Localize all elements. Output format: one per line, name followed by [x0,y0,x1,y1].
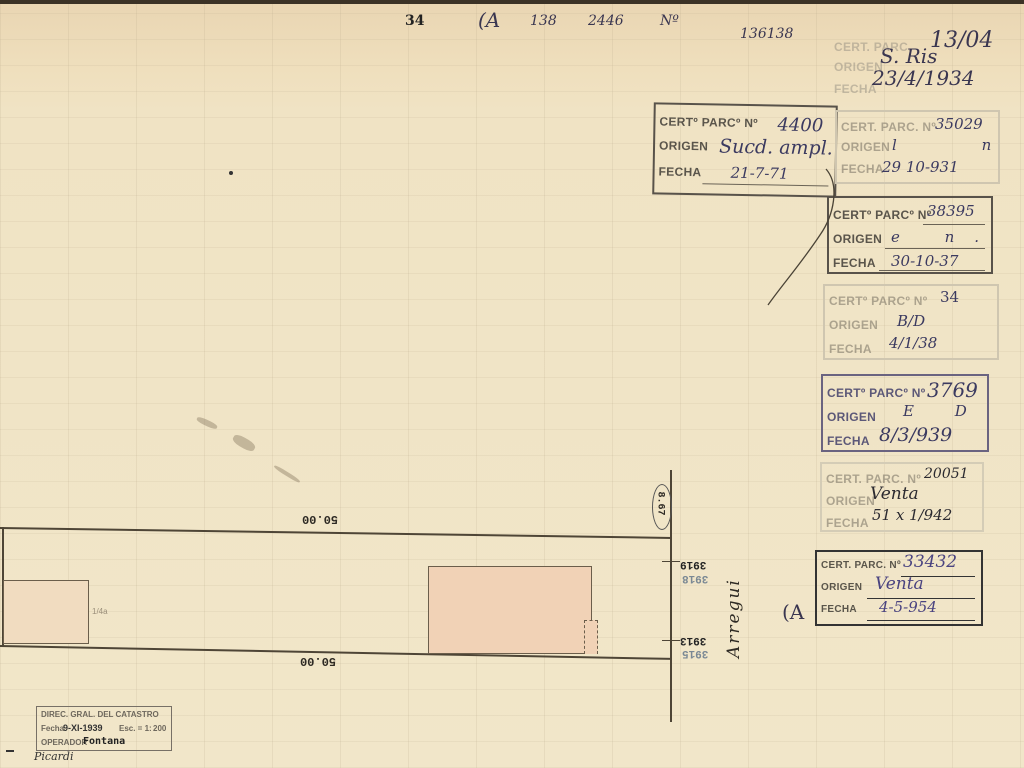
cert-stamp-7: CERT. PARC. Nº ORIGEN FECHA 33432 Venta … [815,550,983,626]
origen-label: ORIGEN [841,140,890,154]
fecha-value: 9-XI-1939 [63,723,103,733]
door-number: 3919 [680,558,706,570]
letter-mark: Nº [660,13,679,29]
escala-label: Esc. = 1: [119,724,152,733]
cert-label: CERTº PARCº Nº [659,115,758,131]
catastro-title: DIREC. GRAL. DEL CATASTRO [41,710,159,719]
operador-value: Fontana [83,736,125,747]
ink-dot [229,171,233,175]
ref-annotation: 13/04 [930,28,993,53]
origen-annotation: S. Ris [880,44,937,68]
cert-number: 3769 [927,378,978,402]
origen-label: ORIGEN [659,139,708,154]
origen-value: l n [892,136,1024,154]
tick [662,640,680,641]
fecha-label: FECHA [826,516,869,530]
cert-number: 34 [940,288,959,306]
fecha-value: 30-10-37 [891,252,958,270]
frontage-bottom-dimension: 50.00 [300,654,336,668]
cert-stamp-3: CERTº PARCº Nº ORIGEN FECHA 38395 e n. 3… [827,196,993,274]
door-number: 3913 [680,634,706,646]
fecha-value: 4-5-954 [879,598,937,616]
fecha-label: Fecha [41,724,64,733]
origen-value: Venta [870,484,919,504]
street-name: Arregui [724,578,744,658]
fecha-value: 4/1/38 [889,334,937,352]
origen-label: ORIGEN [833,232,882,246]
small-note: 1/4a [92,607,108,616]
cert-number: 4400 [777,115,823,137]
signature: Picardi [34,750,73,763]
cert-label: CERTº PARCº Nº [833,208,931,222]
fecha-annotation: 23/4/1934 [872,66,975,90]
origen-value: e n. [891,228,999,246]
door-number: 3918 [682,572,708,584]
cert-number: 33432 [903,552,957,572]
tick [662,561,680,562]
fecha-label: FECHA [829,342,872,356]
cert-label: CERT. PARC. Nº [821,560,901,571]
building-annex [584,620,598,654]
fecha-label: FECHA [827,434,870,448]
escala-value: 200 [153,724,166,733]
cert-number: 38395 [927,202,975,220]
cert-label: CERTº PARCº Nº [827,386,925,400]
origen-value: B/D [897,312,925,330]
building-right [428,566,592,654]
origen-label: ORIGEN [826,494,875,508]
fecha-label: FECHA [821,604,857,615]
cert-stamp-4: CERTº PARCº Nº ORIGEN FECHA 34 B/D 4/1/3… [823,284,999,360]
scan-edge [0,0,1024,4]
seccion-value: 138 [530,13,557,29]
cert-label: CERT. PARC. Nº [841,120,936,134]
building-left [3,580,89,644]
fecha-label: FECHA [658,164,701,179]
dash-mark [6,750,14,752]
origen-label: ORIGEN [821,582,862,593]
cert-number: 35029 [935,115,983,133]
fecha-value: 8/3/939 [879,424,952,446]
origen-value: Venta [875,574,924,594]
side-mark: (A [782,600,804,624]
origen-label: ORIGEN [827,410,876,424]
cert-stamp-6: CERT. PARC. Nº ORIGEN FECHA 20051 Venta … [820,462,984,532]
partida-value: 136138 [740,26,793,42]
circ-mark: (A [478,8,500,32]
cert-stamp-2: CERT. PARC. Nº ORIGEN FECHA 35029 l n 29… [835,110,1000,184]
street-width: 8.67 [655,491,666,515]
sheet-number: 34 [405,13,424,29]
cert-label: CERTº PARCº Nº [829,294,927,308]
origen-value: E D [903,402,985,420]
cert-stamp-5: CERTº PARCº Nº ORIGEN FECHA 3769 E D 8/3… [821,374,989,452]
door-number: 3915 [682,647,708,659]
operador-label: OPERADOR [41,738,87,747]
origen-value: Sucd. ampl. [719,136,833,160]
fecha-value: 29 10-931 [882,158,959,176]
pen-stroke [760,165,840,310]
manzana-value: 2446 [588,13,624,29]
origen-label: ORIGEN [829,318,878,332]
fecha-value: 51 x 1/942 [872,506,952,524]
catastro-stamp: DIREC. GRAL. DEL CATASTRO Fecha 9-XI-193… [36,706,172,751]
cert-number: 20051 [924,466,969,482]
fecha-label: FECHA [841,162,884,176]
frontage-top-dimension: 50.00 [302,512,338,526]
